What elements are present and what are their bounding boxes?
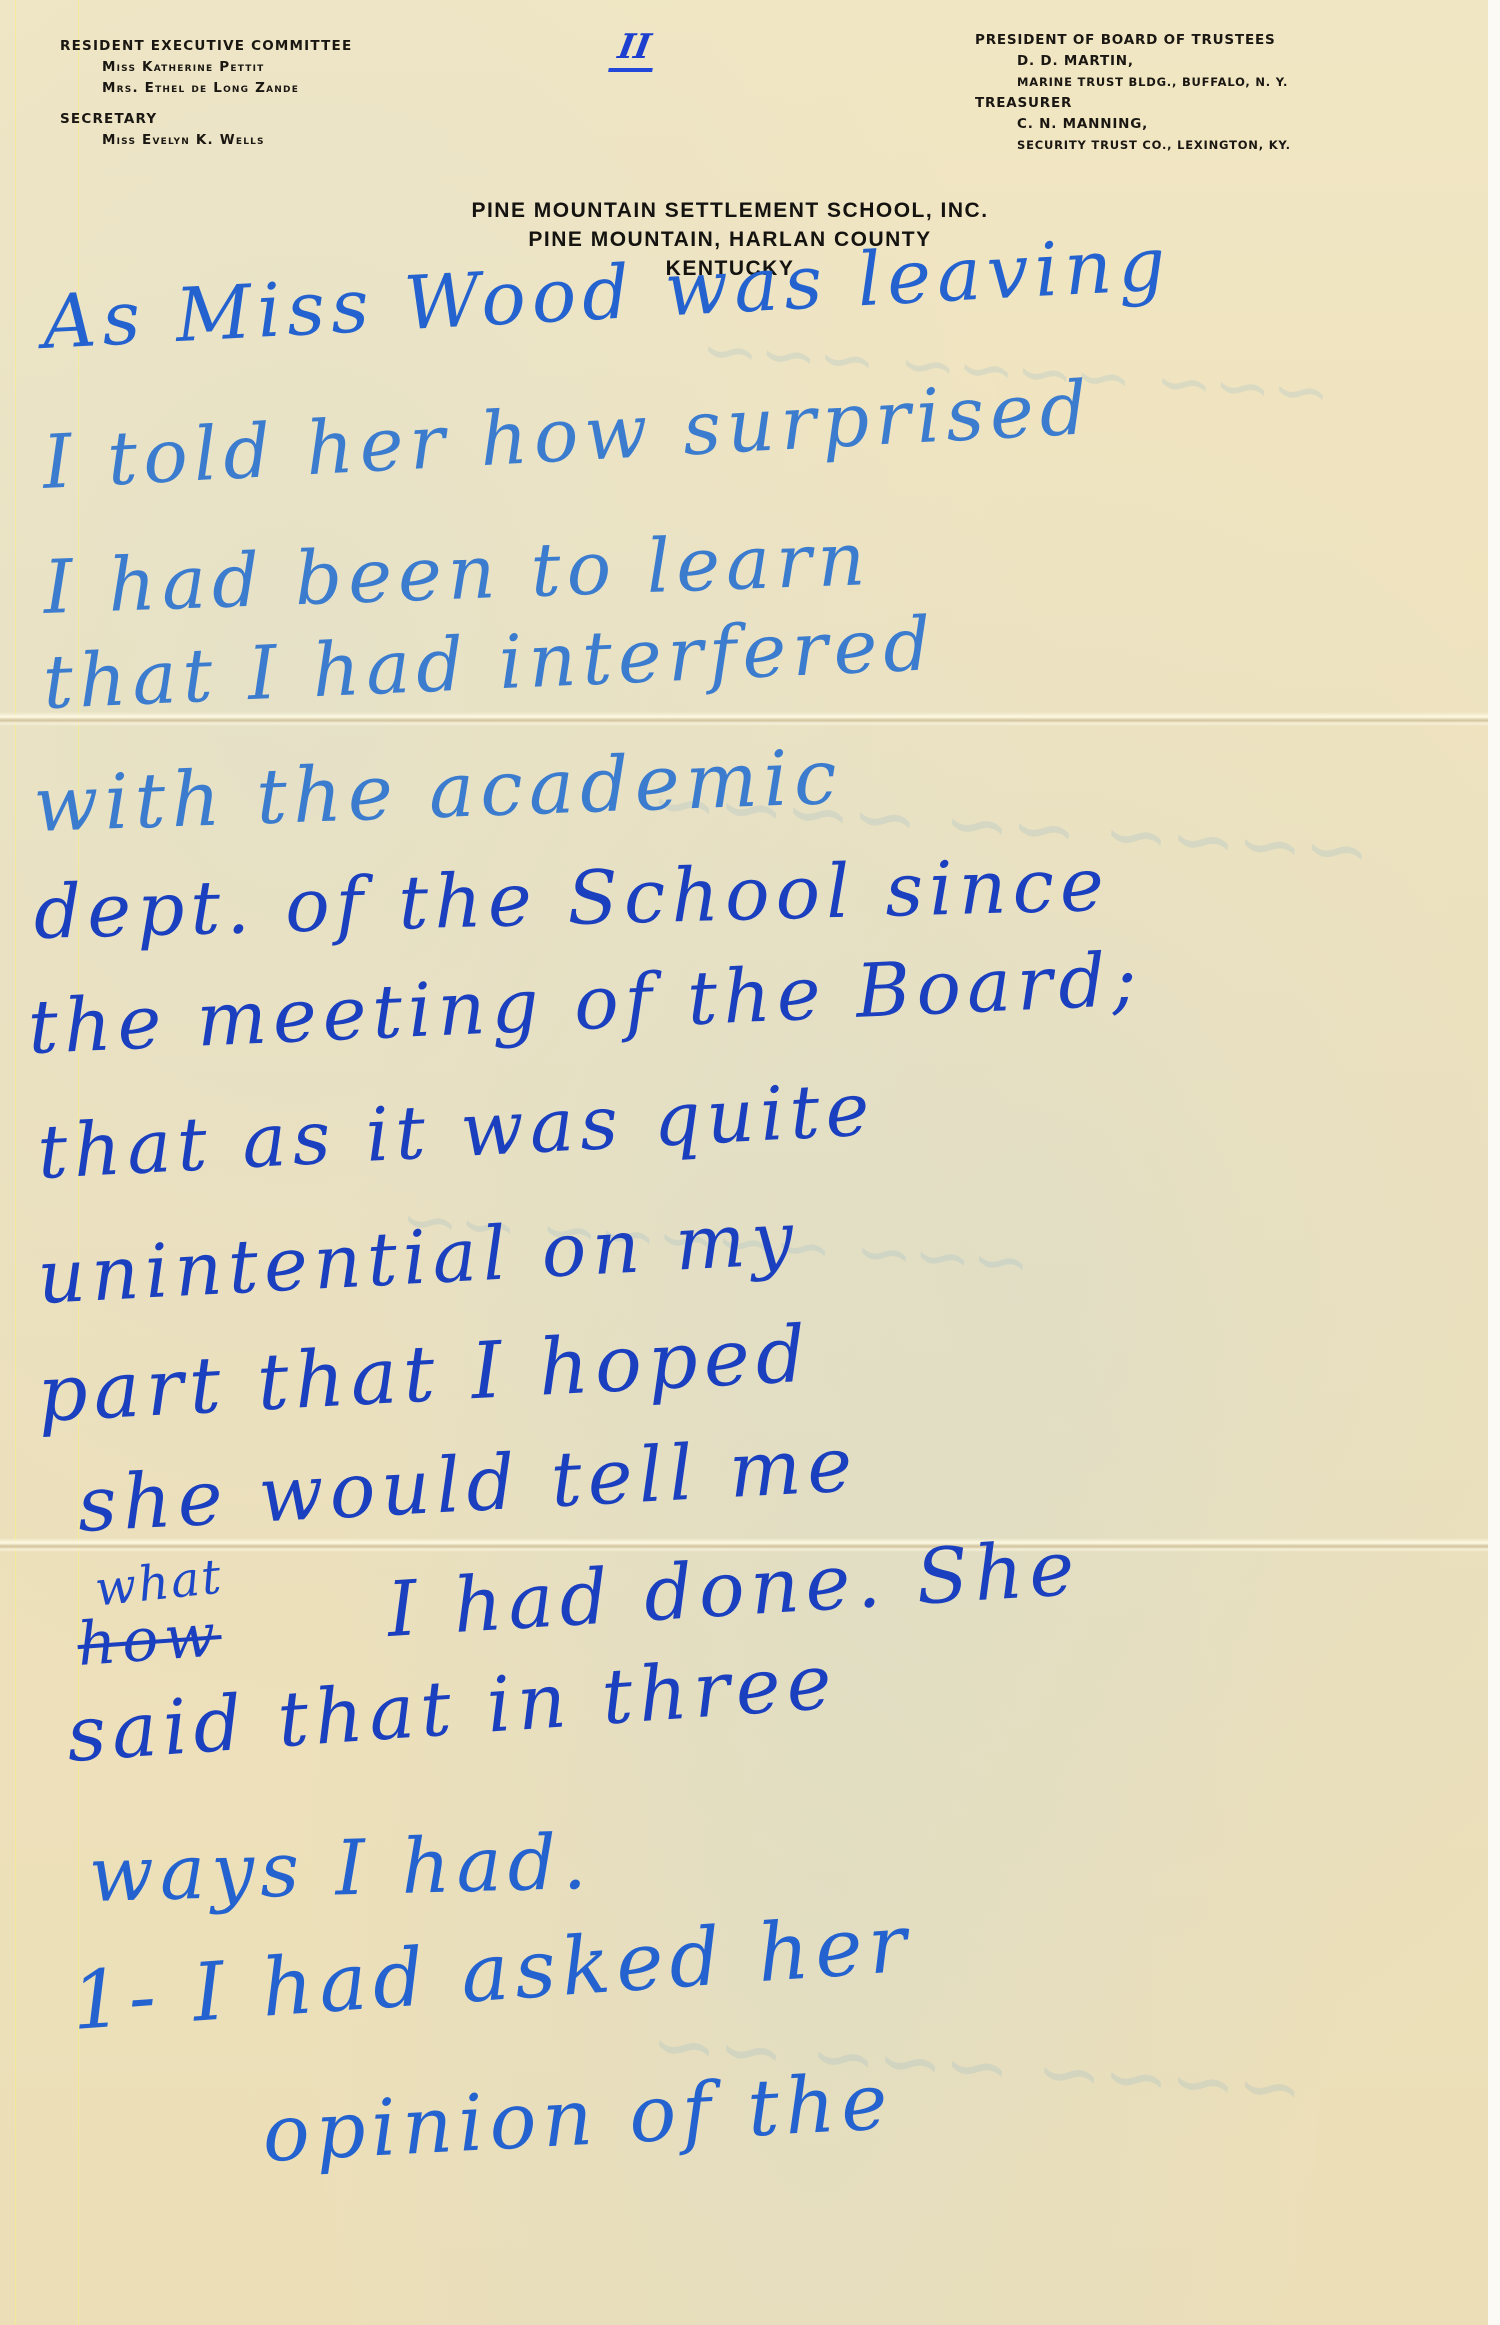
handwritten-body: As Miss Wood was leaving I told her how …: [0, 0, 1488, 2325]
handwritten-line: opinion of the: [260, 2057, 895, 2180]
handwritten-line: ways I had.: [88, 1817, 594, 1919]
handwritten-line: she would tell me: [75, 1419, 860, 1549]
handwritten-line: I had done. She: [385, 1523, 1083, 1654]
handwritten-line: with the academic: [32, 732, 844, 849]
handwritten-line: part that I hoped: [35, 1310, 814, 1440]
handwritten-line: the meeting of the Board;: [26, 936, 1144, 1071]
handwritten-line: 1- I had asked her: [69, 1896, 916, 2048]
handwritten-line: As Miss Wood was leaving: [40, 221, 1173, 366]
struck-word: how: [75, 1600, 224, 1680]
handwritten-line: I told her how surprised: [40, 365, 1095, 506]
handwritten-line: dept. of the School since: [33, 842, 1111, 956]
handwritten-line: unintential on my: [35, 1195, 801, 1321]
scan-margin: [1488, 0, 1500, 2325]
handwritten-line: that as it was quite: [35, 1066, 877, 1196]
letter-paper: ~~~ ~~~~ ~~~ ~~~~ ~~ ~~~~ ~~~ ~~~~~ ~~ ~…: [0, 0, 1488, 2325]
